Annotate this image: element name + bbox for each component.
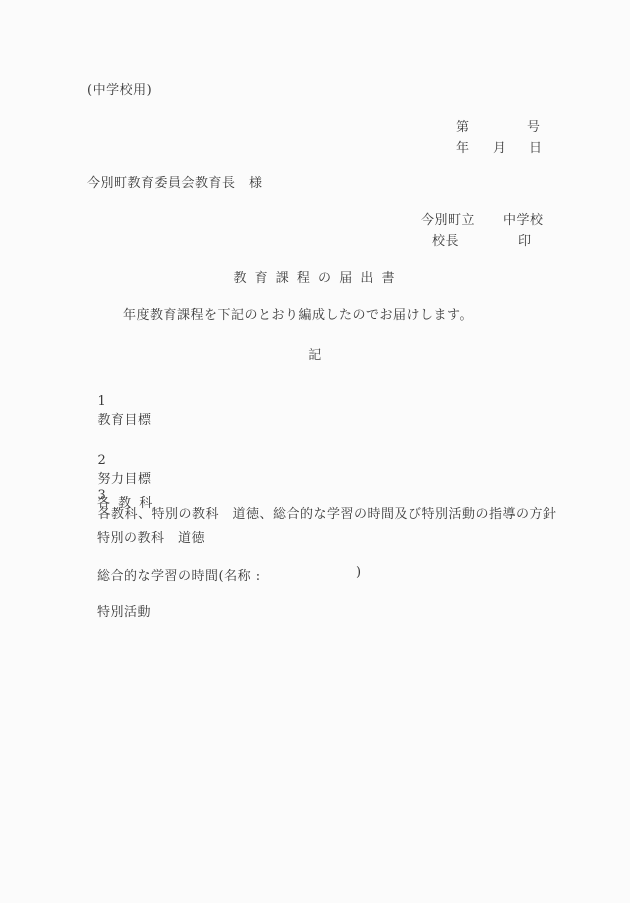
subsection-subjects: 各 教 科 — [97, 492, 154, 511]
item-number: 1 — [98, 394, 117, 409]
date-month-label: 月 — [493, 137, 507, 156]
document-page: (中学校用) 第 号 年 月 日 今別町教育委員会教育長 様 今別町立 中学校 … — [0, 0, 630, 903]
date-day-label: 日 — [529, 137, 543, 156]
subsection-special-activities: 特別活動 — [97, 601, 151, 620]
form-type-note: (中学校用) — [87, 79, 152, 98]
subsection-integrated-study-name-field: 総合的な学習の時間(名称 : — [97, 565, 261, 584]
record-marker: 記 — [0, 344, 630, 363]
doc-number-suffix: 号 — [527, 116, 541, 135]
sender-seal-mark: 印 — [518, 230, 532, 249]
doc-number-prefix: 第 — [456, 116, 470, 135]
document-title: 教 育 課 程 の 届 出 書 — [0, 267, 630, 286]
sender-school-suffix: 中学校 — [503, 209, 544, 228]
list-item-education-goals: 1 教育目標 — [79, 379, 152, 443]
subsection-integrated-study-close-paren: ) — [356, 565, 362, 580]
subsection-moral-education: 特別の教科 道徳 — [97, 527, 205, 546]
opening-sentence: 年度教育課程を下記のとおり編成したのでお届けします。 — [123, 304, 473, 323]
item-number: 2 — [98, 453, 117, 468]
addressee: 今別町教育委員会教育長 様 — [87, 172, 263, 191]
date-year-label: 年 — [456, 137, 470, 156]
sender-town: 今別町立 — [421, 209, 475, 228]
item-label: 各教科、特別の教科 道徳、総合的な学習の時間及び特別活動の指導の方針 — [98, 507, 557, 522]
item-label: 教育目標 — [98, 413, 152, 428]
sender-principal-label: 校長 — [432, 230, 459, 249]
